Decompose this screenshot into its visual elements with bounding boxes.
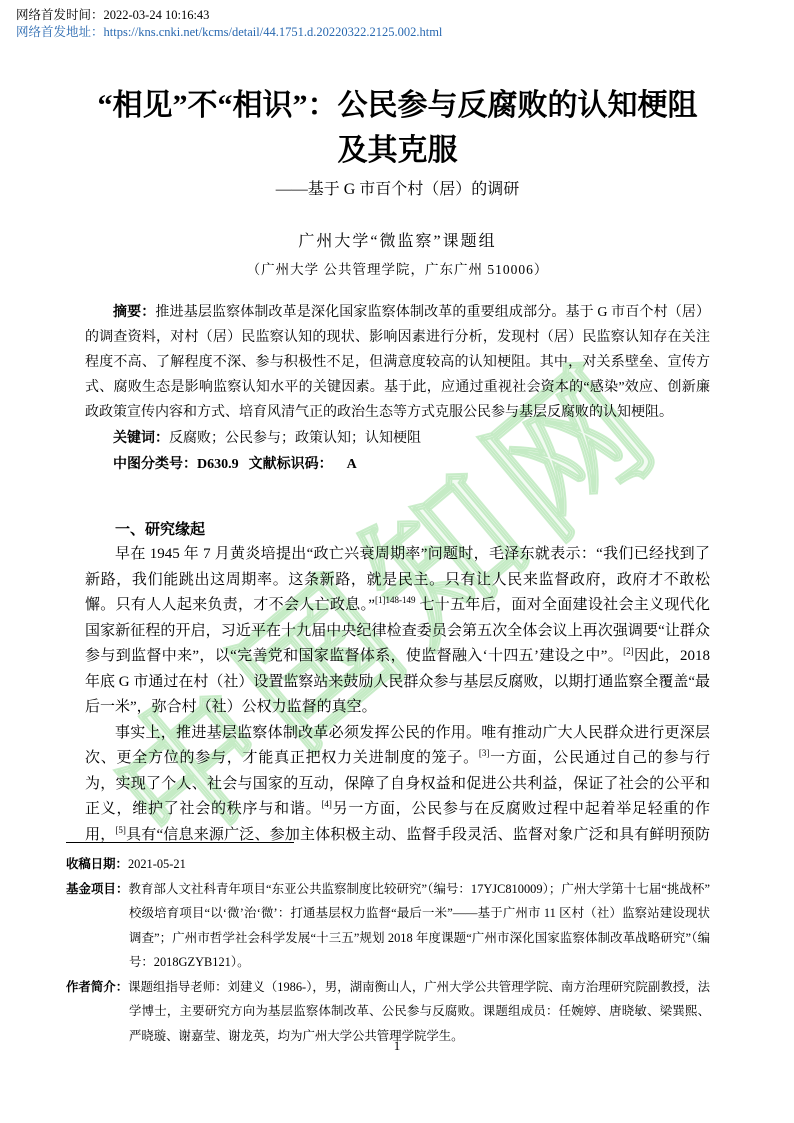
keywords-label: 关键词： <box>113 429 169 445</box>
footnote-separator <box>66 842 294 843</box>
footnote-received-date: 收稿日期：2021-05-21 <box>66 852 710 877</box>
author-group: 广州大学“微监察”课题组 <box>85 228 710 251</box>
footnote-text: 2021-05-21 <box>128 857 186 871</box>
keywords-line: 关键词：反腐败；公民参与；政策认知；认知梗阻 <box>85 425 710 451</box>
clc-value: D630.9 <box>197 457 239 472</box>
footnote-author-bio: 作者简介：课题组指导老师：刘建义（1986-），男，湖南衡山人，广州大学公共管理… <box>66 975 710 1049</box>
classification-line: 中图分类号：D630.9文献标识码：A <box>85 451 710 477</box>
section-heading: 一、研究缘起 <box>85 517 710 542</box>
abstract-label: 摘要： <box>113 303 155 319</box>
page-number: 1 <box>0 1038 794 1054</box>
document-page: 中国知网 网络首发时间：2022-03-24 10:16:43 网络首发地址：h… <box>0 0 794 1123</box>
abstract-text: 推进基层监察体制改革是深化国家监察体制改革的重要组成部分。基于 G 市百个村（居… <box>85 305 710 420</box>
footnote-label: 作者简介： <box>66 980 128 994</box>
publish-time-value: 2022-03-24 10:16:43 <box>104 8 210 22</box>
body-paragraph: 早在 1945 年 7 月黄炎培提出“政亡兴衰周期率”问题时，毛泽东就表示：“我… <box>85 542 710 721</box>
footnote-label: 基金项目： <box>66 882 129 896</box>
doc-code-value: A <box>347 457 357 472</box>
footnote-label: 收稿日期： <box>66 857 128 871</box>
clc-label: 中图分类号： <box>113 455 197 471</box>
keywords-text: 反腐败；公民参与；政策认知；认知梗阻 <box>169 431 421 446</box>
article-subtitle: ——基于 G 市百个村（居）的调研 <box>85 178 710 202</box>
publish-url-label: 网络首发地址： <box>16 25 104 39</box>
article-title: “相见”不“相识”：公民参与反腐败的认知梗阻及其克服 <box>85 83 710 173</box>
publish-url-link[interactable]: https://kns.cnki.net/kcms/detail/44.1751… <box>104 25 443 39</box>
publish-time-line: 网络首发时间：2022-03-24 10:16:43 <box>16 7 794 24</box>
online-first-header: 网络首发时间：2022-03-24 10:16:43 网络首发地址：https:… <box>0 0 794 41</box>
doc-code-label: 文献标识码： <box>249 455 333 471</box>
abstract-paragraph: 摘要：推进基层监察体制改革是深化国家监察体制改革的重要组成部分。基于 G 市百个… <box>85 299 710 425</box>
affiliation: （广州大学 公共管理学院，广东广州 510006） <box>85 258 710 278</box>
footnote-fund-project: 基金项目：教育部人文社科青年项目“东亚公共监察制度比较研究”（编号：17YJC8… <box>66 877 710 975</box>
publish-url-line: 网络首发地址：https://kns.cnki.net/kcms/detail/… <box>16 24 794 41</box>
article-content: “相见”不“相识”：公民参与反腐败的认知梗阻及其克服 ——基于 G 市百个村（居… <box>0 83 794 950</box>
footnote-text: 课题组指导老师：刘建义（1986-），男，湖南衡山人，广州大学公共管理学院、南方… <box>128 980 710 1043</box>
publish-time-label: 网络首发时间： <box>16 8 104 22</box>
footnote-block: 收稿日期：2021-05-21 基金项目：教育部人文社科青年项目“东亚公共监察制… <box>66 842 710 1048</box>
footnote-text: 教育部人文社科青年项目“东亚公共监察制度比较研究”（编号：17YJC810009… <box>129 882 711 970</box>
